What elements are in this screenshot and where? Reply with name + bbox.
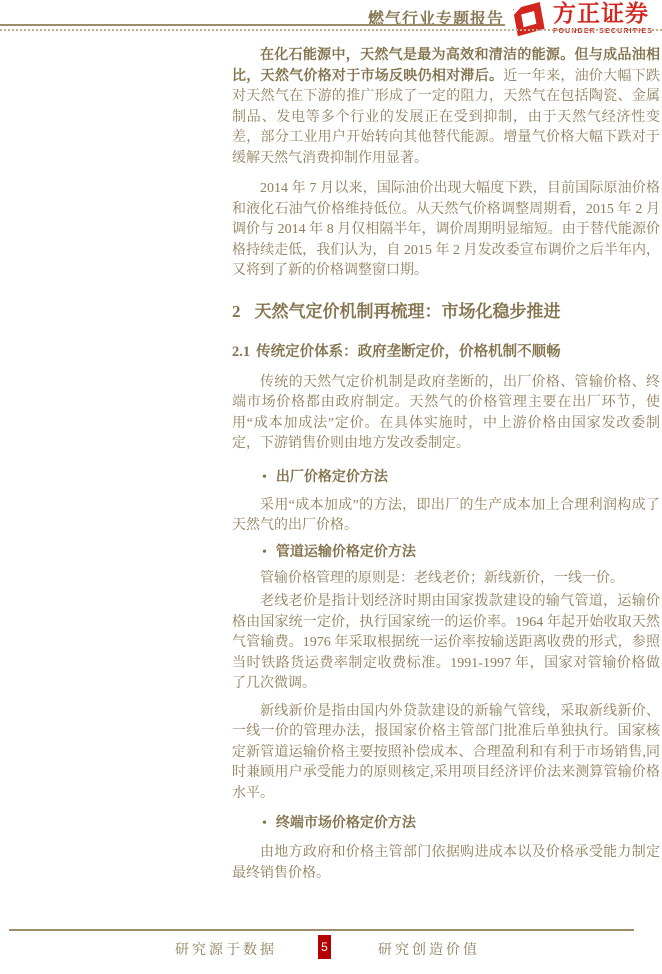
paragraph-cost-plus: 采用“成本加成”的方法，即出厂的生产成本加上合理利润构成了天然气的出厂价格。 bbox=[232, 496, 660, 537]
subsection-title: 传统定价体系：政府垄断定价，价格机制不顺畅 bbox=[256, 344, 561, 360]
founder-securities-logo-icon bbox=[506, 2, 548, 38]
bullet-pipeline-pricing: •管道运输价格定价方法 bbox=[232, 543, 660, 563]
logo-brand-name: 方正证券 bbox=[553, 2, 653, 25]
section-heading-2: 2天然气定价机制再梳理：市场化稳步推进 bbox=[232, 301, 660, 323]
bullet-label: 管道运输价格定价方法 bbox=[276, 545, 416, 560]
subsection-number: 2.1 bbox=[232, 344, 250, 360]
footer-rule bbox=[9, 929, 634, 931]
paragraph-old-line-old-price: 老线老价是指计划经济时期由国家拨款建设的输气管道，运输价格由国家统一定价，执行国… bbox=[232, 592, 660, 695]
header-rule-dotted bbox=[0, 29, 662, 31]
footer-left-slogan: 研究源于数据 bbox=[175, 939, 277, 959]
bullet-terminal-market-pricing: •终端市场价格定价方法 bbox=[232, 814, 660, 834]
section-number: 2 bbox=[232, 302, 241, 321]
paragraph-oil-price: 2014 年 7 月以来，国际油价出现大幅度下跌，目前国际原油价格和液化石油气价… bbox=[232, 179, 660, 282]
report-page: 燃气行业专题报告 方正证券 FOUNDER SECURITIES 在化石能源中，… bbox=[0, 0, 662, 974]
bullet-icon: • bbox=[262, 816, 267, 831]
section-title: 天然气定价机制再梳理：市场化稳步推进 bbox=[255, 302, 561, 321]
paragraph-new-line-new-price: 新线新价是指由国内外贷款建设的新输气管线，采取新线新价、一线一价的管理办法，报国… bbox=[232, 702, 660, 805]
bullet-exfactory-pricing: •出厂价格定价方法 bbox=[232, 468, 660, 488]
section-heading-2-1: 2.1传统定价体系：政府垄断定价，价格机制不顺畅 bbox=[232, 342, 660, 362]
paragraph-overview: 在化石能源中，天然气是最为高效和清洁的能源。但与成品油相比，天然气价格对于市场反… bbox=[232, 46, 660, 169]
bullet-icon: • bbox=[262, 470, 267, 485]
page-number-badge: 5 bbox=[318, 935, 331, 959]
bullet-label: 终端市场价格定价方法 bbox=[276, 816, 416, 831]
footer-right-slogan: 研究创造价值 bbox=[378, 939, 480, 959]
paragraph-pipeline-principle: 管输价格管理的原则是：老线老价；新线新价，一线一价。 bbox=[232, 569, 660, 590]
paragraph-traditional-pricing: 传统的天然气定价机制是政府垄断的，出厂价格、管输价格、终端市场价格都由政府制定。… bbox=[232, 373, 660, 455]
brand-logo: 方正证券 FOUNDER SECURITIES bbox=[506, 2, 653, 38]
header-rule-solid bbox=[0, 24, 505, 26]
bullet-label: 出厂价格定价方法 bbox=[276, 470, 388, 485]
paragraph-final-sale-price: 由地方政府和价格主管部门依据购进成本以及价格承受能力制定最终销售价格。 bbox=[232, 843, 660, 884]
bullet-icon: • bbox=[262, 545, 267, 560]
report-body: 在化石能源中，天然气是最为高效和清洁的能源。但与成品油相比，天然气价格对于市场反… bbox=[232, 46, 660, 884]
